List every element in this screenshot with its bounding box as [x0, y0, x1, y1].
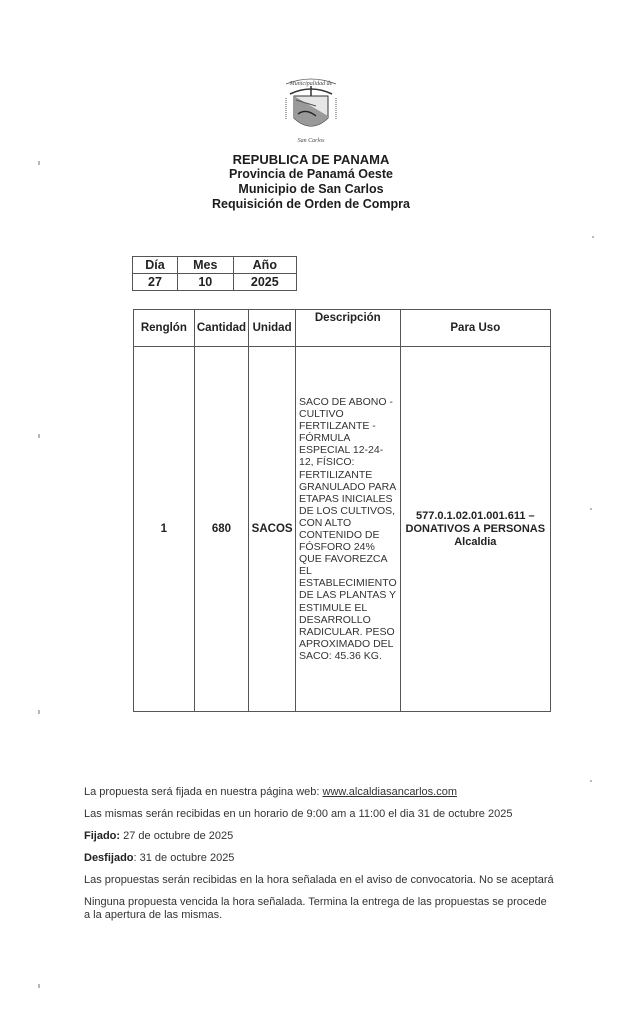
month-value: 10	[177, 274, 233, 291]
cell-para-uso: 577.0.1.02.01.001.611 – DONATIVOS A PERS…	[400, 347, 550, 712]
year-header: Año	[233, 257, 296, 274]
date-table: Día Mes Año 27 10 2025	[132, 256, 297, 291]
desfijado-label: Desfijado	[84, 852, 134, 864]
year-value: 2025	[233, 274, 296, 291]
scan-speck	[38, 434, 40, 438]
table-row: 1 680 SACOS SACO DE ABONO - CULTIVO FERT…	[134, 347, 551, 712]
cell-cantidad: 680	[194, 347, 249, 712]
scan-speck	[38, 984, 40, 988]
desfijado-value: : 31 de octubre 2025	[134, 852, 235, 864]
table-header-row: Renglón Cantidad Unidad Descripción Para…	[134, 310, 551, 347]
scan-speck	[592, 236, 594, 238]
schedule-notice: Las mismas serán recibidas en un horario…	[84, 808, 554, 821]
col-header-descripcion: Descripción	[295, 310, 400, 347]
cell-unidad: SACOS	[249, 347, 296, 712]
day-value: 27	[133, 274, 178, 291]
requisition-table: Renglón Cantidad Unidad Descripción Para…	[133, 309, 551, 712]
header-province: Provincia de Panamá Oeste	[0, 167, 622, 182]
month-header: Mes	[177, 257, 233, 274]
day-header: Día	[133, 257, 178, 274]
scan-speck	[590, 508, 592, 510]
date-header-row: Día Mes Año	[133, 257, 297, 274]
para-uso-category: DONATIVOS A PERSONAS	[402, 523, 549, 536]
website-link[interactable]: www.alcaldiasancarlos.com	[323, 786, 458, 798]
scan-speck	[590, 780, 592, 782]
cell-descripcion: SACO DE ABONO - CULTIVO FERTILZANTE - FÓ…	[295, 347, 400, 712]
late-proposal-notice: Ninguna propuesta vencida la hora señala…	[84, 896, 554, 922]
svg-text:San Carlos: San Carlos	[298, 138, 326, 144]
reception-notice: Las propuestas serán recibidas en la hor…	[84, 874, 554, 887]
col-header-renglon: Renglón	[134, 310, 195, 347]
desfijado-line: Desfijado: 31 de octubre 2025	[84, 852, 554, 865]
para-uso-code: 577.0.1.02.01.001.611 –	[402, 510, 549, 523]
header-country: REPUBLICA DE PANAMA	[0, 152, 622, 167]
col-header-unidad: Unidad	[249, 310, 296, 347]
document-title: Requisición de Orden de Compra	[0, 197, 622, 212]
web-notice: La propuesta será fijada en nuestra pági…	[84, 786, 554, 799]
fijado-value: 27 de octubre de 2025	[120, 830, 233, 842]
municipal-seal-icon: Municipalidad de San Carlos	[276, 76, 346, 146]
fijado-label: Fijado:	[84, 830, 120, 842]
header-municipality: Municipio de San Carlos	[0, 182, 622, 197]
scan-speck	[38, 710, 40, 714]
document-header: REPUBLICA DE PANAMA Provincia de Panamá …	[0, 152, 622, 212]
cell-renglon: 1	[134, 347, 195, 712]
web-notice-text: La propuesta será fijada en nuestra pági…	[84, 786, 323, 798]
col-header-para-uso: Para Uso	[400, 310, 550, 347]
para-uso-entity: Alcaldia	[402, 536, 549, 549]
date-value-row: 27 10 2025	[133, 274, 297, 291]
col-header-cantidad: Cantidad	[194, 310, 249, 347]
fijado-line: Fijado: 27 de octubre de 2025	[84, 830, 554, 843]
footer-notes: La propuesta será fijada en nuestra pági…	[84, 786, 554, 931]
